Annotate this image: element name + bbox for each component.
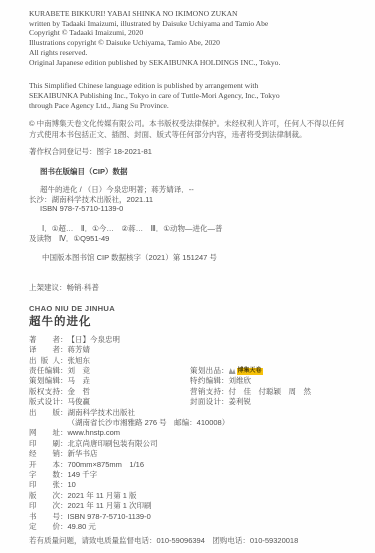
- credit-row-translator: 译者：蒋芳婧: [29, 345, 357, 355]
- credit-value: 马俊赢: [68, 397, 91, 407]
- credit-colon: ：: [60, 376, 68, 386]
- credit-label: 版式设计: [29, 397, 60, 407]
- credit-label: 版权支持: [29, 387, 60, 397]
- copyright-line: All rights reserved.: [29, 48, 357, 58]
- credit-label: 责任编辑: [29, 366, 60, 376]
- cip-line: ISBN 978-7-5710-1139-0: [40, 204, 357, 214]
- credit-label: 书号: [29, 512, 60, 522]
- credit-row-editor: 责任编辑：刘 竞 策划出品：博集天卷: [29, 366, 357, 376]
- credit-colon: ：: [60, 335, 68, 345]
- credit-value: 2021 年 11 月第 1 版: [68, 491, 137, 501]
- credit-label: 策划出品: [190, 366, 221, 376]
- credit-label: 印次: [29, 501, 60, 511]
- cip-record-number: 中国版本图书馆 CIP 数据核字（2021）第 151247 号: [42, 253, 357, 263]
- credit-value: 10: [68, 480, 76, 490]
- copyright-registration-number: 著作权合同登记号：图字 18-2021-81: [29, 147, 357, 157]
- cip-classification: Ⅰ．①超… Ⅱ．①今… ②蒋… Ⅲ．①动物—进化—普 及读物 Ⅳ．①Q951-4…: [29, 224, 357, 244]
- credit-colon: ：: [60, 356, 68, 366]
- credit-colon: ：: [60, 387, 68, 397]
- credit-colon: ：: [60, 470, 68, 480]
- credit-colon: ：: [60, 428, 68, 438]
- credit-value: 2021 年 11 月第 1 次印刷: [68, 501, 152, 511]
- credit-label: 封面设计: [190, 397, 221, 407]
- cip-header: 图书在版编目（CIP）数据: [40, 167, 357, 177]
- credit-colon: ：: [221, 376, 229, 386]
- credit-label: 定价: [29, 522, 60, 532]
- credit-label: 开本: [29, 460, 60, 470]
- credit-value: 新华书店: [68, 449, 98, 459]
- credit-colon: ：: [221, 366, 229, 376]
- shelf-advice: 上架建议：畅销·科普: [29, 283, 357, 293]
- credit-value: 刘维欣: [229, 376, 252, 386]
- copyright-line: through Pace Agency Ltd., Jiang Su Provi…: [29, 101, 357, 111]
- credit-value: 北京尚唐印刷包装有限公司: [68, 439, 158, 449]
- credit-label: 出版: [29, 408, 60, 418]
- credit-value: 付 佳 付聪颖 周 然: [229, 387, 312, 397]
- credit-value: 700mm×875mm 1/16: [68, 460, 145, 470]
- credit-row-isbn: 书号：ISBN 978-7-5710-1139-0: [29, 512, 357, 522]
- credit-row-format: 开本：700mm×875mm 1/16: [29, 460, 357, 470]
- credit-colon: ：: [60, 460, 68, 470]
- cip-data-block: 超牛的进化 / （日）今泉忠明著；蒋芳婧译．-- 长沙：湖南科学技术出版社，20…: [29, 185, 357, 214]
- credit-row-printing: 印次：2021 年 11 月第 1 次印刷: [29, 501, 357, 511]
- credit-value: ISBN 978-7-5710-1139-0: [68, 512, 151, 522]
- credit-row-planning-editor: 策划编辑：马 垚 特约编辑：刘维欣: [29, 376, 357, 386]
- english-copyright-block-1: KURABETE BIKKURI! YABAI SHINKA NO IKIMON…: [29, 9, 357, 67]
- publication-credits: 著者：【日】今泉忠明 译者：蒋芳婧 出版人：张旭东 责任编辑：刘 竞 策划出品：…: [29, 335, 357, 533]
- credit-label: [29, 418, 60, 428]
- copyright-line: written by Tadaaki Imaizumi, illustrated…: [29, 19, 357, 29]
- credit-value: 刘 竞: [68, 366, 91, 376]
- credit-row-rights-support: 版权支持：金 哲 营销支持：付 佳 付聪颖 周 然: [29, 387, 357, 397]
- credit-value: 蒋芳婧: [68, 345, 91, 355]
- credit-colon: ：: [60, 480, 68, 490]
- copyright-line: SEKAIBUNKA Publishing Inc., Tokyo in car…: [29, 91, 357, 101]
- credit-label: 网址: [29, 428, 60, 438]
- quality-hotline-notice: 若有质量问题，请致电质量监督电话：010-59096394 团购电话：010-5…: [29, 536, 357, 546]
- copyright-line: Original Japanese edition published by S…: [29, 58, 357, 68]
- credit-value: 金 哲: [68, 387, 91, 397]
- credit-value: 【日】今泉忠明: [68, 335, 121, 345]
- credit-label: 营销支持: [190, 387, 221, 397]
- website-url: www.hnstp.com: [68, 428, 121, 438]
- credit-colon: ：: [60, 366, 68, 376]
- credit-value: 149 千字: [68, 470, 98, 480]
- credit-row-press: 出版：湖南科学技术出版社: [29, 408, 357, 418]
- book-title: 超牛的进化: [29, 315, 357, 329]
- credit-row-edition: 版次：2021 年 11 月第 1 版: [29, 491, 357, 501]
- credit-value: 张旭东: [68, 356, 91, 366]
- credit-row-website: 网址：www.hnstp.com: [29, 428, 357, 438]
- credit-row-printer: 印刷：北京尚唐印刷包装有限公司: [29, 439, 357, 449]
- credit-label: 著者: [29, 335, 60, 345]
- credit-value: 马 垚: [68, 376, 91, 386]
- credit-colon: ：: [60, 501, 68, 511]
- credit-row-sheets: 印张：10: [29, 480, 357, 490]
- credit-label: 译者: [29, 345, 60, 355]
- title-pinyin: CHAO NIU DE JINHUA: [29, 304, 357, 314]
- copyright-line: This Simplified Chinese language edition…: [29, 81, 357, 91]
- credit-label: 特约编辑: [190, 376, 221, 386]
- copyright-line: KURABETE BIKKURI! YABAI SHINKA NO IKIMON…: [29, 9, 357, 19]
- credit-colon: ：: [60, 449, 68, 459]
- credit-label: 印刷: [29, 439, 60, 449]
- colophon-page: KURABETE BIKKURI! YABAI SHINKA NO IKIMON…: [0, 0, 375, 553]
- credit-colon: ：: [60, 345, 68, 355]
- copyright-line: Illustrations copyright © Daisuke Uchiya…: [29, 38, 357, 48]
- credit-colon: ：: [60, 522, 68, 532]
- english-copyright-block-2: This Simplified Chinese language edition…: [29, 81, 357, 110]
- credit-row-word-count: 字数：149 千字: [29, 470, 357, 480]
- booky-logo-text: 博集天卷: [237, 368, 263, 375]
- credit-colon: ：: [60, 439, 68, 449]
- credit-value: 姜利锐: [229, 397, 252, 407]
- booky-logo-icon: [229, 368, 236, 374]
- cip-line: 长沙：湖南科学技术出版社，2021.11: [29, 195, 357, 205]
- credit-label: 出版人: [29, 356, 60, 366]
- credit-colon: ：: [60, 512, 68, 522]
- cip-class-line: Ⅰ．①超… Ⅱ．①今… ②蒋… Ⅲ．①动物—进化—普: [42, 224, 357, 234]
- cip-line: 超牛的进化 / （日）今泉忠明著；蒋芳婧译．--: [40, 185, 357, 195]
- credit-label: 策划编辑: [29, 376, 60, 386]
- chinese-copyright-notice: © 中南博集天卷文化传媒有限公司。本书版权受法律保护。未经权利人许可，任何人不得…: [29, 119, 349, 139]
- credit-row-press-address: ：（湖南省长沙市湘雅路 276 号 邮编：410008）: [29, 418, 357, 428]
- credit-colon: ：: [221, 387, 229, 397]
- credit-colon: ：: [60, 408, 68, 418]
- copyright-line: Copyright © Tadaaki Imaizumi, 2020: [29, 28, 357, 38]
- credit-value: （湖南省长沙市湘雅路 276 号 邮编：410008）: [68, 418, 230, 428]
- credit-colon: ：: [221, 397, 229, 407]
- credit-row-distributor: 经销：新华书店: [29, 449, 357, 459]
- credit-row-author: 著者：【日】今泉忠明: [29, 335, 357, 345]
- credit-row-price: 定价：49.80 元: [29, 522, 357, 532]
- credit-label: 字数: [29, 470, 60, 480]
- credit-colon: ：: [60, 491, 68, 501]
- credit-label: 经销: [29, 449, 60, 459]
- credit-value: 湖南科学技术出版社: [68, 408, 136, 418]
- credit-row-layout-design: 版式设计：马俊赢 封面设计：姜利锐: [29, 397, 357, 407]
- credit-colon: ：: [60, 397, 68, 407]
- credit-label: 版次: [29, 491, 60, 501]
- credit-label: 印张: [29, 480, 60, 490]
- credit-value: 49.80 元: [68, 522, 96, 532]
- credit-row-publisher-person: 出版人：张旭东: [29, 356, 357, 366]
- booky-logo: 博集天卷: [229, 366, 263, 376]
- cip-class-line: 及读物 Ⅳ．①Q951-49: [29, 234, 357, 244]
